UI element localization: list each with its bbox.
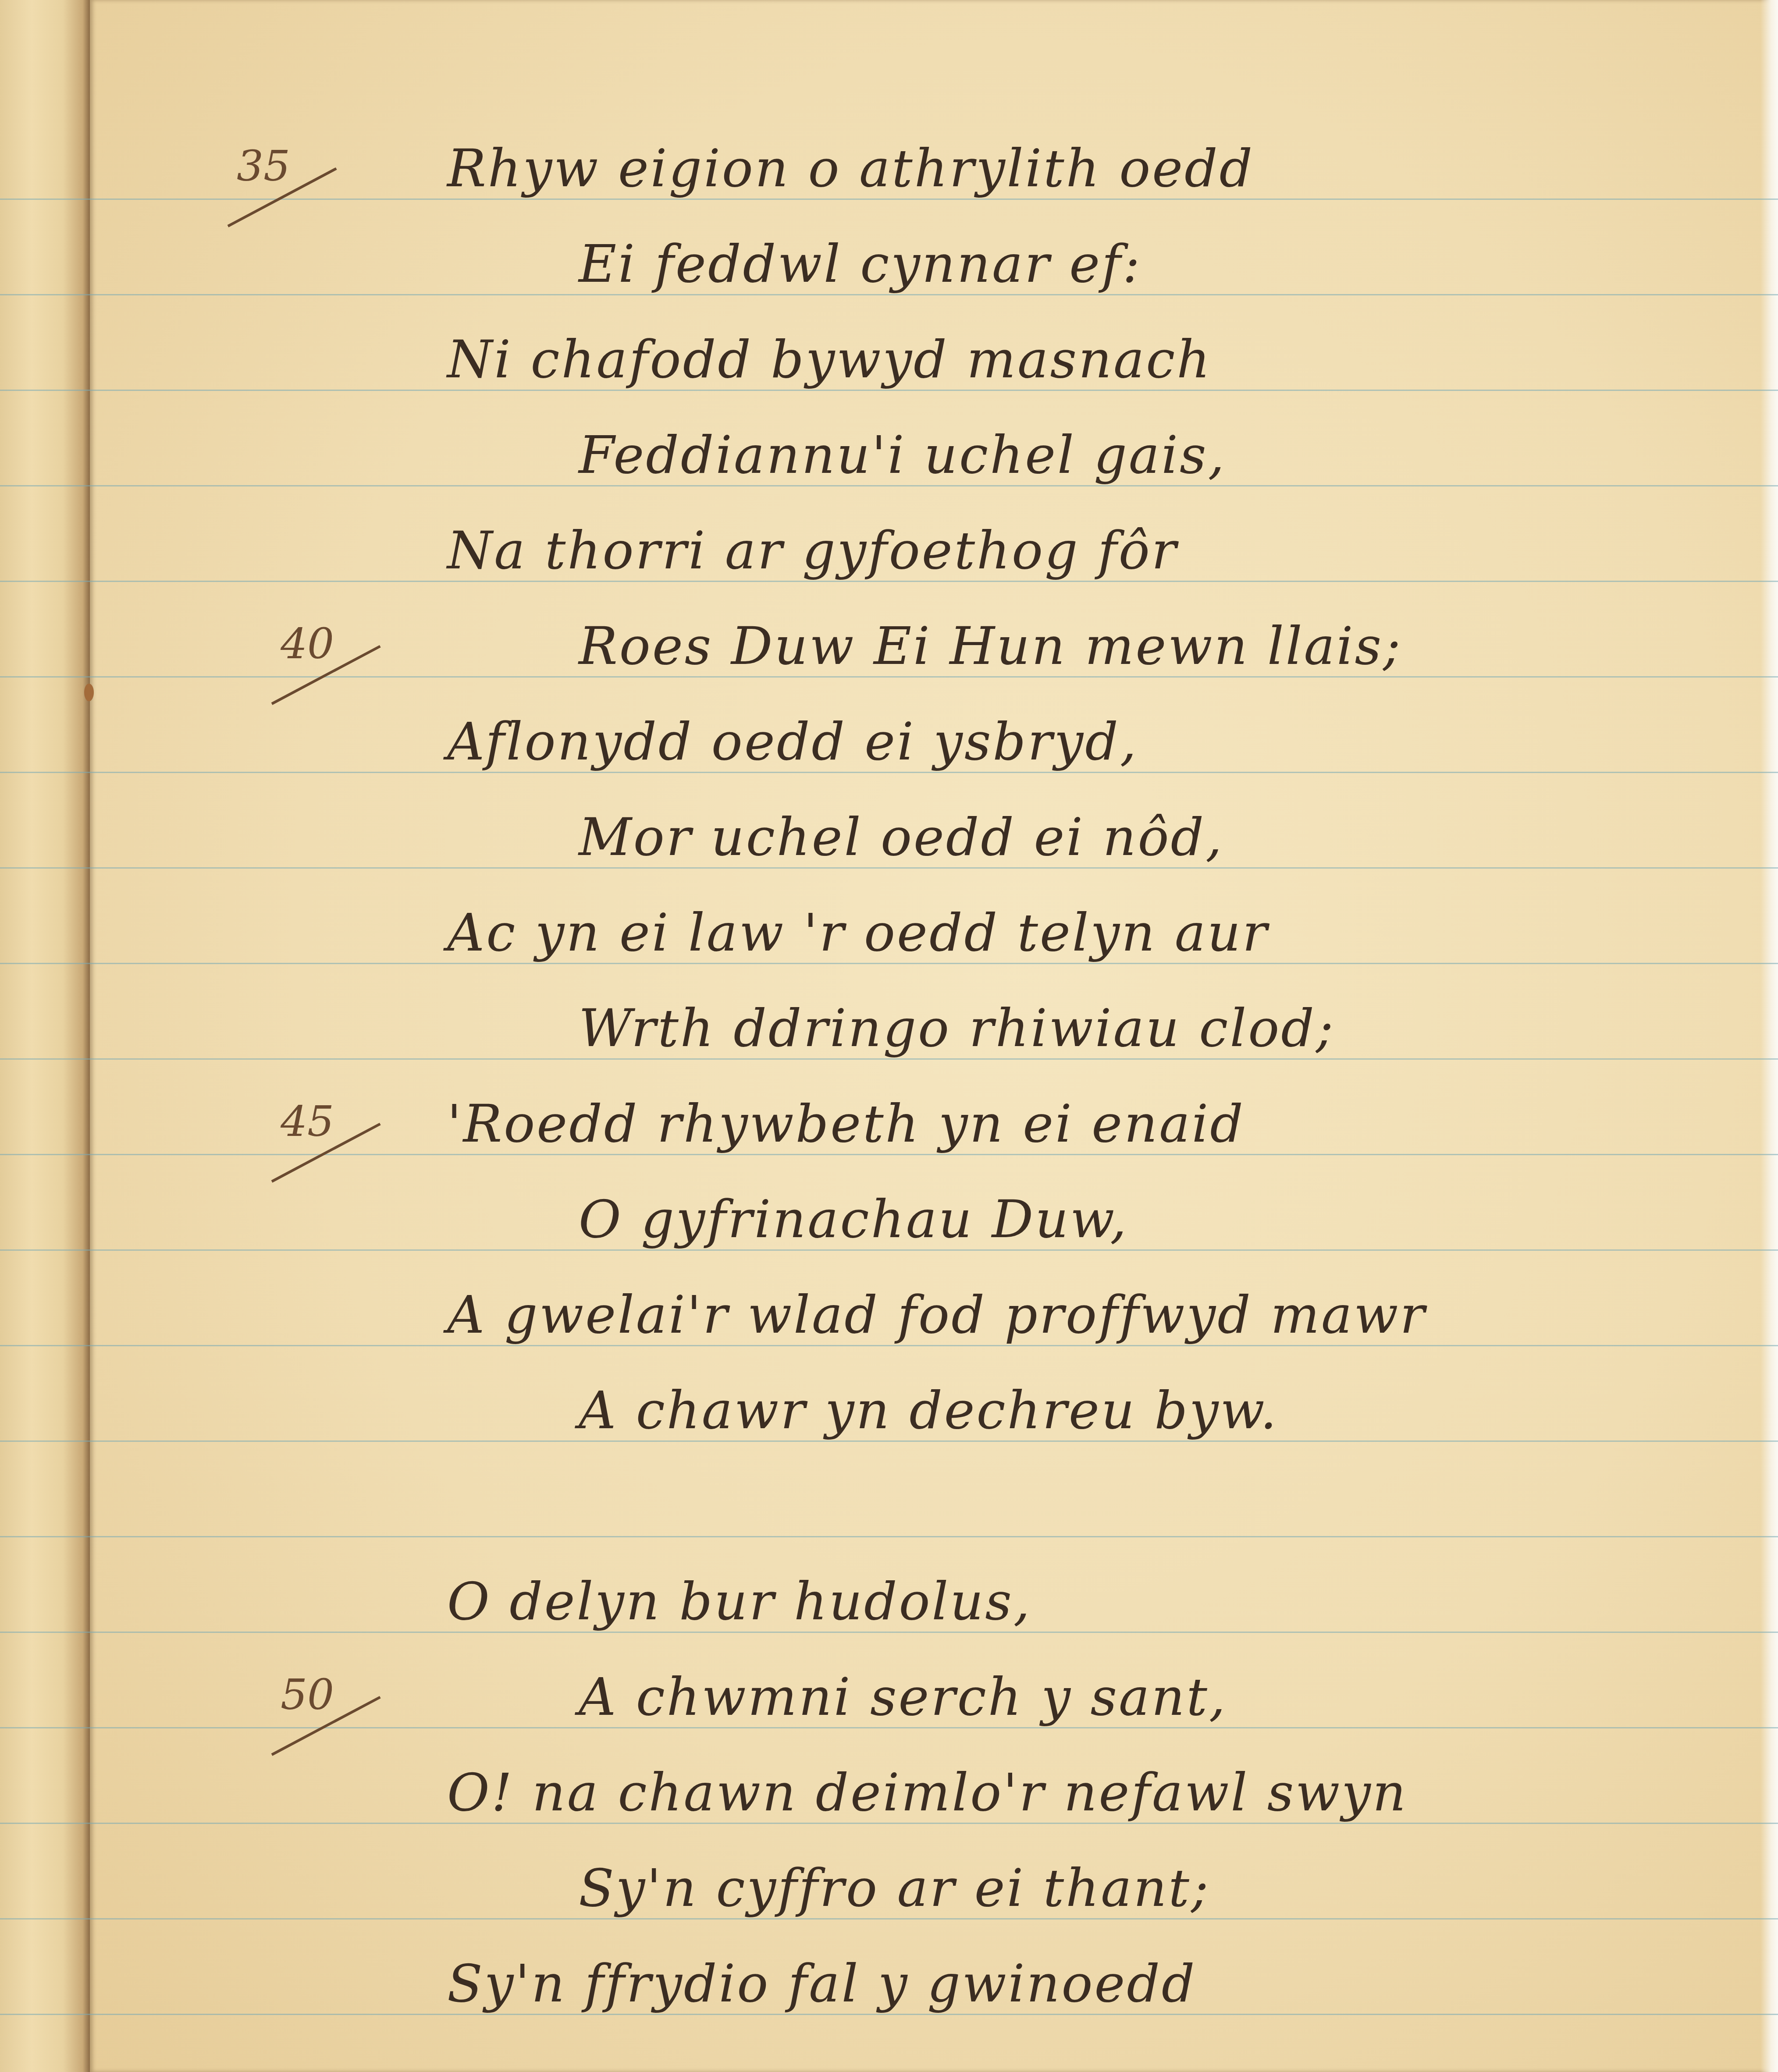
poem-line: Sy'n cyffro ar ei thant; xyxy=(579,1858,1210,1918)
poem-line: Rhyw eigion o athrylith oedd xyxy=(447,138,1254,199)
notebook-binding xyxy=(0,0,90,2072)
ruled-line xyxy=(0,1536,1778,1537)
ruled-line xyxy=(0,1440,1778,1442)
poem-line: Na thorri ar gyfoethog fôr xyxy=(447,520,1178,581)
ruled-line xyxy=(0,581,1778,582)
page-right-edge xyxy=(1760,0,1778,2072)
poem-line: Feddiannu'i uchel gais, xyxy=(579,425,1226,485)
poem-line: Aflonydd oedd ei ysbryd, xyxy=(447,711,1138,772)
poem-line: O gyfrinachau Duw, xyxy=(579,1189,1128,1249)
ruled-line xyxy=(0,294,1778,295)
poem-line: O delyn bur hudolus, xyxy=(447,1571,1031,1632)
ruled-line xyxy=(0,1058,1778,1060)
ruled-line xyxy=(0,1918,1778,1919)
poem-line: A gwelai'r wlad fod proffwyd mawr xyxy=(447,1284,1426,1345)
ruled-line xyxy=(0,676,1778,678)
ruled-line xyxy=(0,1632,1778,1633)
line-number: 45 xyxy=(281,1097,334,1146)
ruled-line xyxy=(0,867,1778,869)
poem-line: A chwmni serch y sant, xyxy=(579,1667,1227,1727)
poem-line: 'Roedd rhywbeth yn ei enaid xyxy=(447,1093,1245,1154)
poem-line: Roes Duw Ei Hun mewn llais; xyxy=(579,616,1402,676)
poem-line: Ni chafodd bywyd masnach xyxy=(447,329,1212,390)
ruled-line xyxy=(0,485,1778,486)
line-number: 35 xyxy=(237,142,290,191)
poem-line: Mor uchel oedd ei nôd, xyxy=(579,807,1224,867)
binding-tear-mark xyxy=(84,684,94,701)
poem-line: Sy'n ffrydio fal y gwinoedd xyxy=(447,1953,1196,2014)
ruled-line xyxy=(0,1823,1778,1824)
poem-line: Ei feddwl cynnar ef: xyxy=(579,234,1142,294)
ruled-line xyxy=(0,772,1778,773)
poem-line: O! na chawn deimlo'r nefawl swyn xyxy=(447,1762,1408,1823)
poem-line: Ac yn ei law 'r oedd telyn aur xyxy=(447,902,1269,963)
poem-line: Wrth ddringo rhiwiau clod; xyxy=(579,998,1335,1058)
ruled-line xyxy=(0,1345,1778,1346)
ruled-line xyxy=(0,2014,1778,2015)
line-number: 40 xyxy=(281,619,334,668)
ruled-line xyxy=(0,963,1778,964)
line-number: 50 xyxy=(281,1670,334,1719)
ruled-line xyxy=(0,199,1778,200)
ruled-line xyxy=(0,1727,1778,1728)
ruled-line xyxy=(0,1249,1778,1251)
poem-line: A chawr yn dechreu byw. xyxy=(579,1380,1278,1440)
ruled-line xyxy=(0,390,1778,391)
ruled-line xyxy=(0,1154,1778,1155)
